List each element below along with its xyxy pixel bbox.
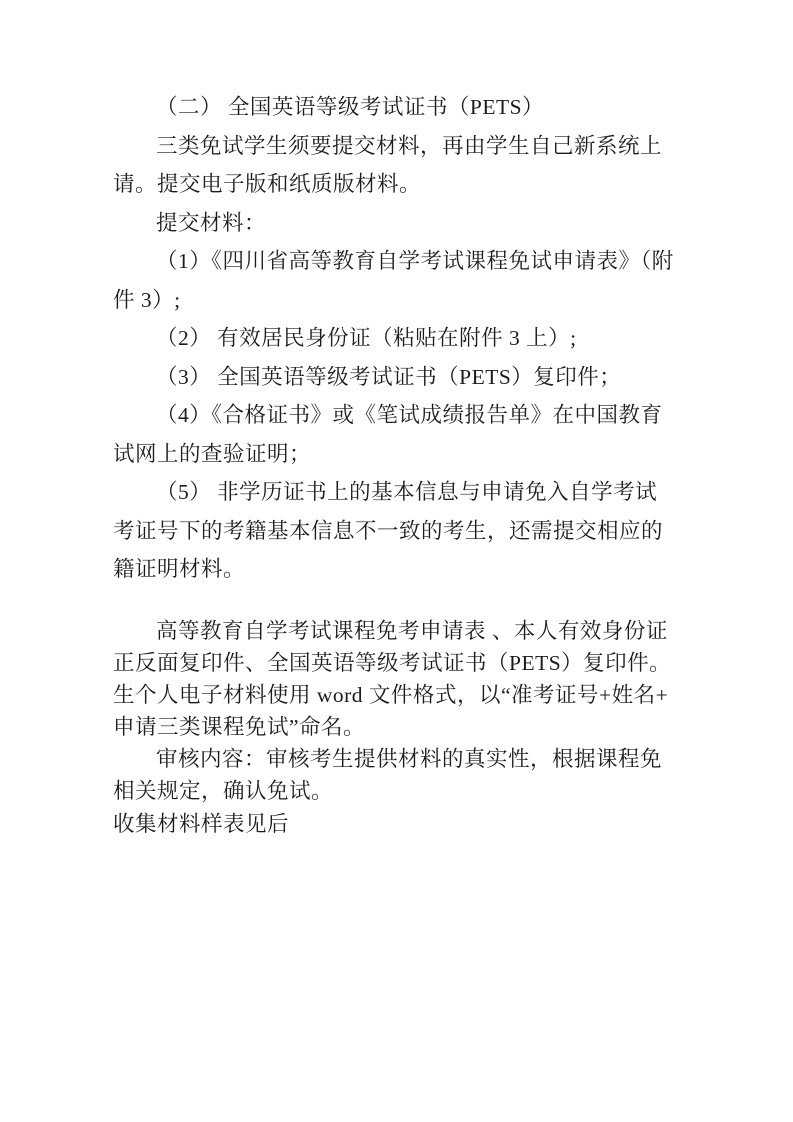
text-line: 提交材料： [113,204,677,243]
text-line: 生个人电子材料使用 word 文件格式，以“准考证号+姓名+ [113,679,677,711]
list-item-1-cont: 件 3）; [113,281,677,320]
list-item-2: （2） 有效居民身份证（粘贴在附件 3 上）; [113,319,677,358]
paragraph-gap [113,589,677,615]
closing-note-line: 收集材料样表见后 [113,808,677,840]
text-line: 三类免试学生须要提交材料，再由学生自己新系统上申 [113,127,677,166]
text-line: 高等教育自学考试课程免考申请表 、本人有效身份证 [113,615,677,647]
text-line: 申请三类课程免试”命名。 [113,711,677,743]
list-item-1: （1）《四川省高等教育自学考试课程免试申请表》（附 [113,242,677,281]
list-item-4-cont: 试网上的查验证明； [113,435,677,474]
list-item-4: （4）《合格证书》或《笔试成绩报告单》在中国教育考 [113,396,677,435]
list-item-3: （3） 全国英语等级考试证书（PETS）复印件； [113,358,677,397]
list-item-5-cont: 籍证明材料。 [113,550,677,589]
document-body: （二） 全国英语等级考试证书（PETS） 三类免试学生须要提交材料，再由学生自己… [113,88,677,840]
review-content-cont: 相关规定，确认免试。 [113,775,677,807]
list-item-5-cont: 考证号下的考籍基本信息不一致的考生，还需提交相应的户 [113,512,677,551]
document-page: （二） 全国英语等级考试证书（PETS） 三类免试学生须要提交材料，再由学生自己… [0,0,793,1122]
section-heading: （二） 全国英语等级考试证书（PETS） [113,88,677,127]
text-line: 正反面复印件、全国英语等级考试证书（PETS）复印件。学 [113,647,677,679]
text-line: 请。提交电子版和纸质版材料。 [113,165,677,204]
list-item-5: （5） 非学历证书上的基本信息与申请免入自学考试准 [113,473,677,512]
review-content-line: 审核内容：审核考生提供材料的真实性，根据课程免试 [113,743,677,775]
